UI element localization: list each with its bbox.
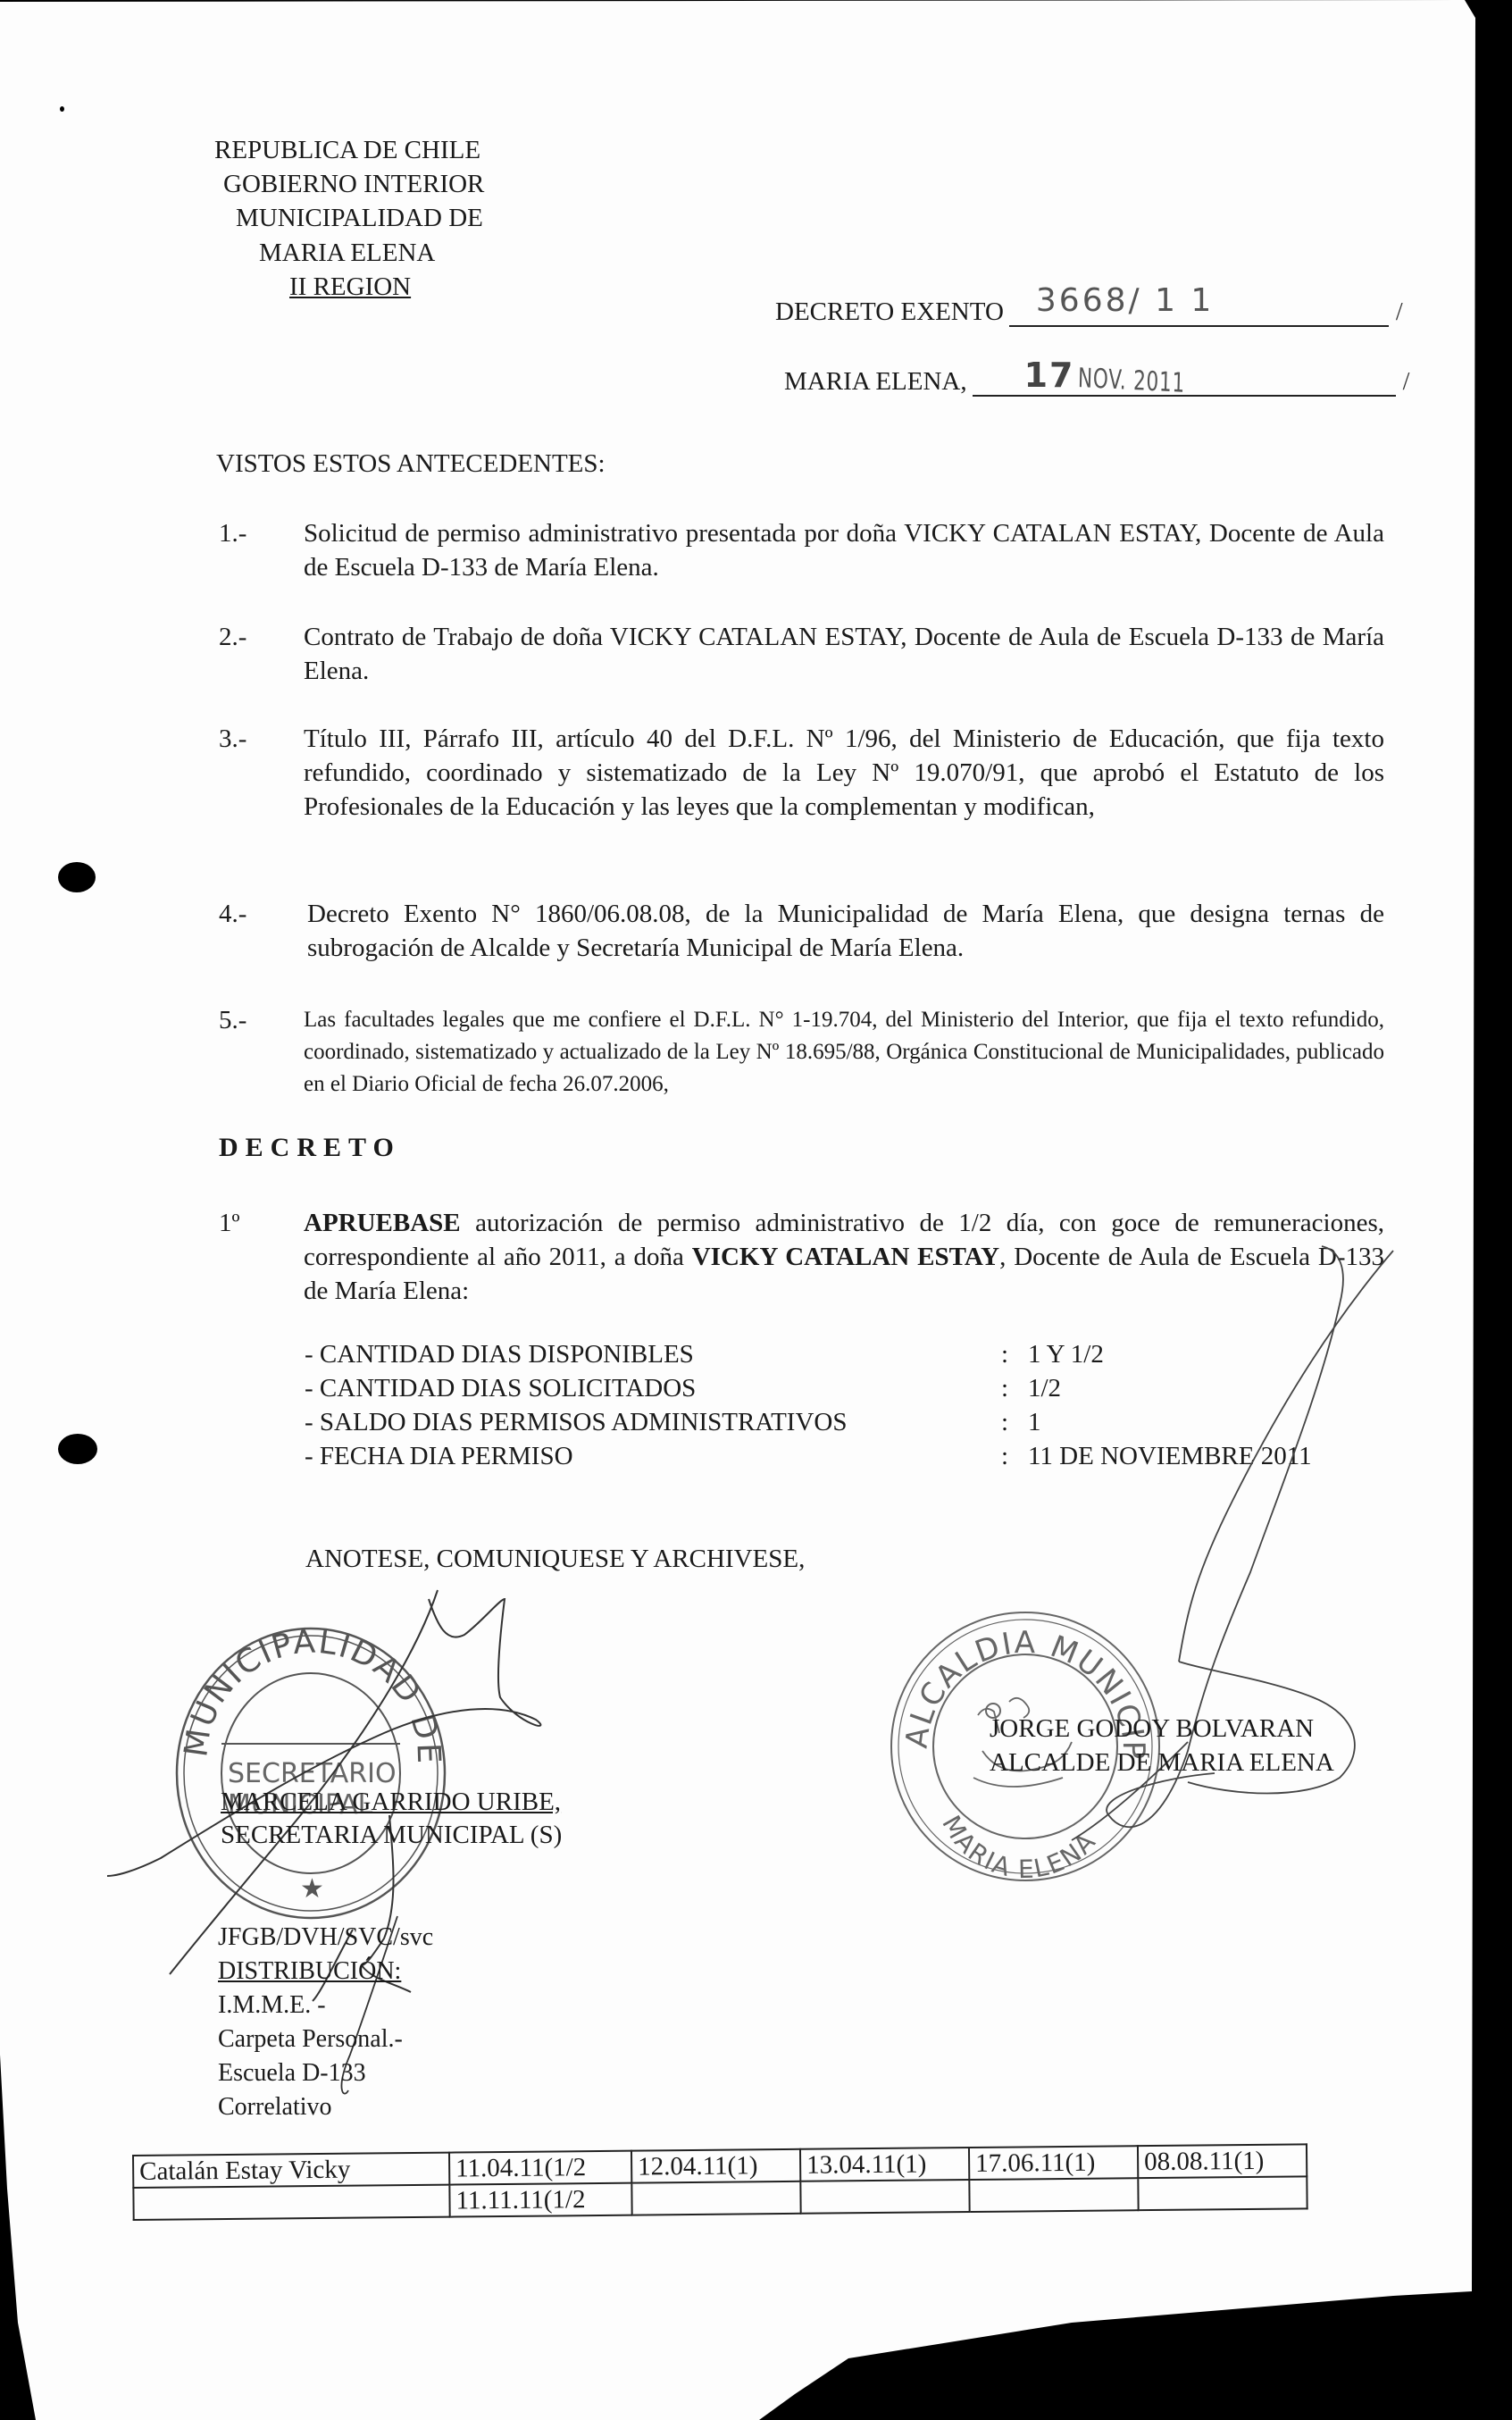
letterhead-region: II REGION: [289, 272, 411, 302]
detail-label: - FECHA DIA PERMISO: [305, 1442, 573, 1471]
decree-number-stamp: 3668/ 1 1: [1036, 282, 1214, 319]
detail-label: - CANTIDAD DIAS DISPONIBLES: [305, 1340, 694, 1369]
detail-value: 1 Y 1/2: [1028, 1340, 1104, 1369]
letterhead-line: GOBIERNO INTERIOR: [223, 170, 484, 199]
detail-value: 1: [1028, 1408, 1041, 1437]
table-cell: [800, 2180, 969, 2214]
date-stamp-day: 17: [1024, 356, 1075, 395]
decreto-title: DECRETO: [219, 1133, 401, 1163]
antecedent-number: 3.-: [219, 722, 246, 756]
decree-number-field: 3668/ 1 1: [1009, 295, 1389, 327]
article-lead: APRUEBASE: [304, 1209, 461, 1237]
decree-number-label: DECRETO EXENTO: [775, 297, 1004, 327]
end-mark: /: [1396, 298, 1403, 327]
date-field: 17 NOV. 2011: [973, 364, 1396, 397]
mayor-name: JORGE GODOY BOLVARAN: [990, 1713, 1314, 1745]
table-cell: 11.11.11(1/2: [449, 2183, 631, 2217]
detail-label: - SALDO DIAS PERMISOS ADMINISTRATIVOS: [305, 1408, 847, 1437]
end-mark: /: [1403, 368, 1410, 397]
antecedent-item: 1.- Solicitud de permiso administrativo …: [219, 516, 1384, 584]
letterhead-line: REPUBLICA DE CHILE: [214, 136, 480, 165]
distribution-block: JFGB/DVH/SVC/svc DISTRIBUCIÓN: I.M.M.E. …: [218, 1921, 433, 2124]
detail-row: - SALDO DIAS PERMISOS ADMINISTRATIVOS : …: [305, 1408, 1376, 1440]
antecedent-text: Solicitud de permiso administrativo pres…: [304, 516, 1384, 584]
punch-hole-icon: [58, 1434, 97, 1464]
table-cell: 13.04.11(1): [800, 2148, 969, 2181]
letterhead-line: MUNICIPALIDAD DE: [236, 204, 483, 233]
detail-value: 11 DE NOVIEMBRE 2011: [1028, 1442, 1312, 1471]
antecedent-number: 1.-: [219, 516, 246, 550]
distribution-item: Escuela D-133: [218, 2056, 433, 2090]
speck-mark: [60, 106, 64, 112]
permits-registry-table: Catalán Estay Vicky 11.04.11(1/2 12.04.1…: [132, 2143, 1308, 2221]
decree-article: 1º APRUEBASE autorización de permiso adm…: [219, 1206, 1384, 1308]
secretary-name: MARCELA GARRIDO URIBE,: [221, 1787, 561, 1818]
antecedent-item: 2.- Contrato de Trabajo de doña VICKY CA…: [219, 620, 1384, 688]
antecedent-text: Las facultades legales que me confiere e…: [304, 1004, 1384, 1101]
antecedent-item: 5.- Las facultades legales que me confie…: [219, 1004, 1384, 1101]
distribution-item: I.M.M.E. -: [218, 1989, 433, 2022]
secretary-title: SECRETARIA MUNICIPAL (S): [221, 1820, 562, 1851]
beneficiary-name: VICKY CATALAN ESTAY: [692, 1243, 999, 1271]
antecedent-item: 3.- Título III, Párrafo III, artículo 40…: [219, 722, 1384, 824]
detail-row: - FECHA DIA PERMISO : 11 DE NOVIEMBRE 20…: [305, 1442, 1376, 1474]
table-cell: [969, 2178, 1138, 2212]
table-cell: 11.04.11(1/2: [449, 2151, 631, 2185]
distribution-title: DISTRIBUCIÓN:: [218, 1955, 433, 1989]
antecedent-number: 4.-: [219, 897, 246, 931]
letterhead-line: MARIA ELENA: [259, 239, 435, 268]
table-cell: 17.06.11(1): [969, 2146, 1138, 2180]
table-cell: 12.04.11(1): [631, 2149, 800, 2183]
article-text: APRUEBASE autorización de permiso admini…: [304, 1206, 1384, 1308]
table-cell: [1138, 2176, 1307, 2210]
antecedent-text: Título III, Párrafo III, artículo 40 del…: [304, 722, 1384, 824]
table-cell: 08.08.11(1): [1138, 2144, 1307, 2178]
decree-number-row: DECRETO EXENTO 3668/ 1 1 /: [775, 295, 1403, 327]
antecedent-item: 4.- Decreto Exento N° 1860/06.08.08, de …: [219, 897, 1384, 965]
antecedent-number: 5.-: [219, 1004, 246, 1036]
vistos-title: VISTOS ESTOS ANTECEDENTES:: [216, 448, 606, 480]
antecedent-text: Contrato de Trabajo de doña VICKY CATALA…: [304, 620, 1384, 688]
place-date-row: MARIA ELENA, 17 NOV. 2011 /: [784, 364, 1409, 397]
table-cell: [133, 2185, 449, 2220]
table-cell: Catalán Estay Vicky: [133, 2153, 449, 2188]
detail-row: - CANTIDAD DIAS DISPONIBLES : 1 Y 1/2: [305, 1340, 1376, 1372]
distribution-item: Carpeta Personal.-: [218, 2022, 433, 2056]
closing-formula: ANOTESE, COMUNIQUESE Y ARCHIVESE,: [305, 1544, 805, 1575]
article-number: 1º: [219, 1206, 240, 1240]
mayor-title: ALCALDE DE MARIA ELENA: [990, 1747, 1334, 1779]
detail-label: - CANTIDAD DIAS SOLICITADOS: [305, 1374, 696, 1403]
distribution-item: Correlativo: [218, 2090, 433, 2124]
place-label: MARIA ELENA,: [784, 367, 967, 397]
table-cell: [631, 2181, 800, 2215]
detail-value: 1/2: [1028, 1374, 1061, 1403]
detail-row: - CANTIDAD DIAS SOLICITADOS : 1/2: [305, 1374, 1376, 1406]
antecedent-number: 2.-: [219, 620, 246, 654]
author-initials: JFGB/DVH/SVC/svc: [218, 1921, 433, 1955]
date-stamp-month-year: NOV. 2011: [1077, 363, 1185, 399]
punch-hole-icon: [58, 862, 96, 892]
antecedent-text: Decreto Exento N° 1860/06.08.08, de la M…: [304, 897, 1384, 965]
